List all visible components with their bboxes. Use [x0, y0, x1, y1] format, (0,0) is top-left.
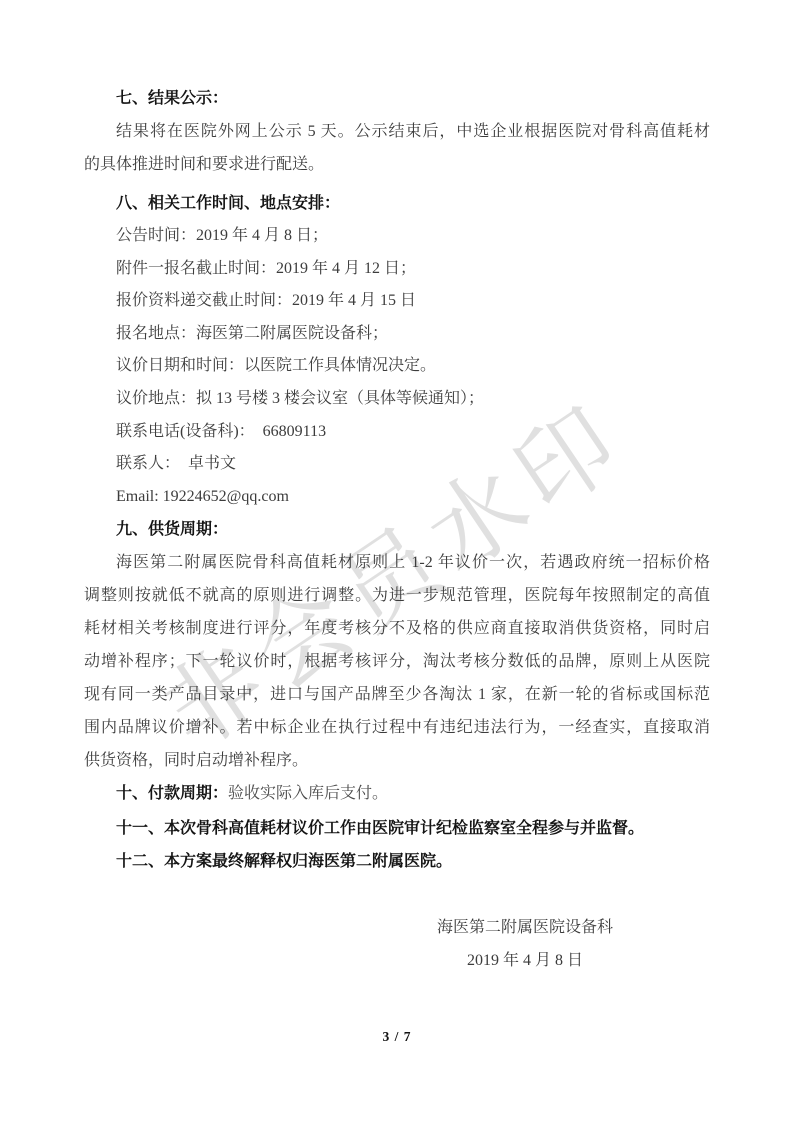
text-line: 报名地点：海医第二附属医院设备科；	[84, 318, 710, 351]
text-line: Email: 19224652@qq.com	[84, 481, 710, 514]
text-line: 供货资格，同时启动增补程序。	[84, 744, 710, 777]
page-content: 七、结果公示： 结果将在医院外网上公示 5 天。公示结束后，中选企业根据医院对骨…	[0, 0, 793, 1053]
text-line: 调整则按就低不就高的原则进行调整。为进一步规范管理，医院每年按照制定的高值	[84, 579, 710, 612]
text-line: 动增补程序；下一轮议价时，根据考核评分，淘汰考核分数低的品牌，原则上从医院	[84, 645, 710, 678]
signature-org: 海医第二附属医院设备科	[437, 911, 613, 944]
text-line: 联系电话(设备科)： 66809113	[84, 416, 710, 449]
section7-heading: 七、结果公示：	[84, 82, 710, 115]
section10-heading: 十、付款周期：	[116, 785, 228, 802]
text-line: 结果将在医院外网上公示 5 天。公示结束后，中选企业根据医院对骨科高值耗材	[84, 115, 710, 148]
section7-paragraph: 结果将在医院外网上公示 5 天。公示结束后，中选企业根据医院对骨科高值耗材的具体…	[84, 115, 710, 181]
section9-paragraph: 海医第二附属医院骨科高值耗材原则上 1-2 年议价一次，若遇政府统一招标价格调整…	[84, 546, 710, 777]
section10-text: 验收实际入库后支付。	[228, 785, 388, 802]
text-line: 议价地点：拟 13 号楼 3 楼会议室（具体等候通知）；	[84, 383, 710, 416]
text-line: 公告时间：2019 年 4 月 8 日；	[84, 220, 710, 253]
page-number: 3 / 7	[84, 1020, 710, 1053]
signature-block: 海医第二附属医院设备科 2019 年 4 月 8 日	[437, 911, 613, 977]
section9-heading: 九、供货周期：	[84, 513, 710, 546]
text-line: 耗材相关考核制度进行评分，年度考核分不及格的供应商直接取消供货资格，同时启	[84, 612, 710, 645]
document-page: 非会员水印 七、结果公示： 结果将在医院外网上公示 5 天。公示结束后，中选企业…	[0, 0, 793, 1122]
section11-heading: 十一、本次骨科高值耗材议价工作由医院审计纪检监察室全程参与并监督。	[84, 812, 710, 845]
text-line: 联系人： 卓书文	[84, 448, 710, 481]
section12-heading: 十二、本方案最终解释权归海医第二附属医院。	[84, 845, 710, 878]
text-line: 议价日期和时间：以医院工作具体情况决定。	[84, 350, 710, 383]
section8-items: 公告时间：2019 年 4 月 8 日；附件一报名截止时间：2019 年 4 月…	[84, 220, 710, 513]
section8-heading: 八、相关工作时间、地点安排：	[84, 187, 710, 220]
text-line: 海医第二附属医院骨科高值耗材原则上 1-2 年议价一次，若遇政府统一招标价格	[84, 546, 710, 579]
text-line: 报价资料递交截止时间：2019 年 4 月 15 日	[84, 285, 710, 318]
text-line: 现有同一类产品目录中，进口与国产品牌至少各淘汰 1 家，在新一轮的省标或国标范	[84, 678, 710, 711]
text-line: 附件一报名截止时间：2019 年 4 月 12 日；	[84, 253, 710, 286]
text-line: 的具体推进时间和要求进行配送。	[84, 148, 710, 181]
text-line: 围内品牌议价增补。若中标企业在执行过程中有违纪违法行为，一经查实，直接取消	[84, 711, 710, 744]
section10-line: 十、付款周期：验收实际入库后支付。	[84, 777, 710, 810]
signature-date: 2019 年 4 月 8 日	[437, 944, 613, 977]
